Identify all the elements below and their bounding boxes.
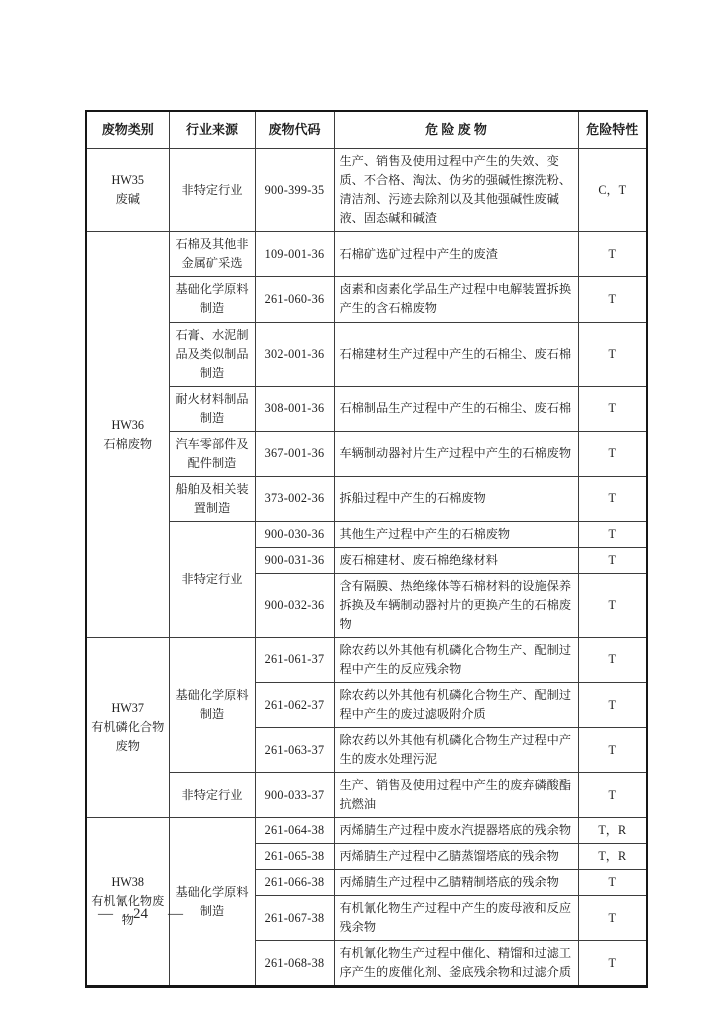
waste-code-cell: 900-030-36 [255, 521, 334, 547]
column-header-waste-category: 废物类别 [86, 111, 169, 149]
hazardous-waste-cell: 除农药以外其他有机磷化合物生产过程中产生的废水处理污泥 [334, 728, 578, 773]
waste-code-cell: 900-031-36 [255, 547, 334, 573]
hazard-trait-cell: T [578, 386, 647, 431]
hazard-trait-cell: T [578, 431, 647, 476]
industry-source-cell: 船舶及相关装置制造 [169, 476, 255, 521]
waste-code-cell: 900-033-37 [255, 773, 334, 818]
waste-category-cell: HW37 有机磷化合物废物 [86, 637, 169, 817]
hazardous-waste-cell: 含有隔膜、热绝缘体等石棉材料的设施保养拆换及车辆制动器衬片的更换产生的石棉废物 [334, 573, 578, 637]
waste-category-cell: HW36 石棉废物 [86, 232, 169, 638]
hazardous-waste-table: 废物类别 行业来源 废物代码 危 险 废 物 危险特性 HW35 废碱 非特定行… [85, 110, 648, 988]
waste-code-cell: 261-061-37 [255, 637, 334, 682]
industry-source-cell: 耐火材料制品制造 [169, 386, 255, 431]
hazardous-waste-cell: 丙烯腈生产过程中乙腈蒸馏塔底的残余物 [334, 844, 578, 870]
industry-source-cell: 汽车零部件及配件制造 [169, 431, 255, 476]
column-header-hazard-trait: 危险特性 [578, 111, 647, 149]
waste-code-cell: 261-060-36 [255, 277, 334, 322]
industry-source-cell: 非特定行业 [169, 149, 255, 232]
table-row: 基础化学原料制造 261-060-36 卤素和卤素化学品生产过程中电解装置拆换产… [86, 277, 647, 322]
hazard-trait-cell: T [578, 547, 647, 573]
hazard-trait-cell: T [578, 573, 647, 637]
hazardous-waste-cell: 有机氰化物生产过程中催化、精馏和过滤工序产生的废催化剂、釜底残余物和过滤介质 [334, 941, 578, 987]
hazardous-waste-cell: 丙烯腈生产过程中乙腈精制塔底的残余物 [334, 870, 578, 896]
hazard-trait-cell: T [578, 870, 647, 896]
hazardous-waste-cell: 石棉建材生产过程中产生的石棉尘、废石棉 [334, 322, 578, 386]
waste-code-cell: 900-032-36 [255, 573, 334, 637]
industry-source-cell: 基础化学原料制造 [169, 818, 255, 987]
waste-code-cell: 373-002-36 [255, 476, 334, 521]
waste-code-cell: 261-064-38 [255, 818, 334, 844]
page-number: 24 [133, 906, 148, 923]
hazardous-waste-cell: 丙烯腈生产过程中废水汽提器塔底的残余物 [334, 818, 578, 844]
waste-code-cell: 302-001-36 [255, 322, 334, 386]
table-row: 耐火材料制品制造 308-001-36 石棉制品生产过程中产生的石棉尘、废石棉 … [86, 386, 647, 431]
hazardous-waste-cell: 拆船过程中产生的石棉废物 [334, 476, 578, 521]
waste-category-cell: HW38 有机氰化物废物 [86, 818, 169, 987]
industry-source-cell: 石膏、水泥制品及类似制品制造 [169, 322, 255, 386]
table-row: 船舶及相关装置制造 373-002-36 拆船过程中产生的石棉废物 T [86, 476, 647, 521]
table-row: HW37 有机磷化合物废物 基础化学原料制造 261-061-37 除农药以外其… [86, 637, 647, 682]
hazardous-waste-cell: 车辆制动器衬片生产过程中产生的石棉废物 [334, 431, 578, 476]
hazard-trait-cell: T [578, 322, 647, 386]
hazardous-waste-cell: 废石棉建材、废石棉绝缘材料 [334, 547, 578, 573]
hazard-trait-cell: T [578, 476, 647, 521]
hazard-trait-cell: T [578, 896, 647, 941]
hazardous-waste-cell: 石棉制品生产过程中产生的石棉尘、废石棉 [334, 386, 578, 431]
hazardous-waste-cell: 其他生产过程中产生的石棉废物 [334, 521, 578, 547]
waste-code-cell: 367-001-36 [255, 431, 334, 476]
hazardous-waste-cell: 生产、销售及使用过程中产生的失效、变质、不合格、淘汰、伪劣的强碱性擦洗粉、清洁剂… [334, 149, 578, 232]
hazard-trait-cell: T [578, 637, 647, 682]
hazardous-waste-cell: 除农药以外其他有机磷化合物生产、配制过程中产生的反应残余物 [334, 637, 578, 682]
column-header-waste-code: 废物代码 [255, 111, 334, 149]
hazard-trait-cell: T [578, 232, 647, 277]
hazard-trait-cell: T [578, 728, 647, 773]
hazardous-waste-cell: 除农药以外其他有机磷化合物生产、配制过程中产生的废过滤吸附介质 [334, 683, 578, 728]
waste-code-cell: 261-062-37 [255, 683, 334, 728]
hazardous-waste-cell: 卤素和卤素化学品生产过程中电解装置拆换产生的含石棉废物 [334, 277, 578, 322]
waste-category-cell: HW35 废碱 [86, 149, 169, 232]
table-row: HW35 废碱 非特定行业 900-399-35 生产、销售及使用过程中产生的失… [86, 149, 647, 232]
table-row: 非特定行业 900-033-37 生产、销售及使用过程中产生的废弃磷酸酯抗燃油 … [86, 773, 647, 818]
column-header-industry-source: 行业来源 [169, 111, 255, 149]
waste-code-cell: 261-068-38 [255, 941, 334, 987]
category-code: HW35 [91, 171, 165, 190]
hazard-trait-cell: T [578, 277, 647, 322]
header-row: 废物类别 行业来源 废物代码 危 险 废 物 危险特性 [86, 111, 647, 149]
category-label: 有机磷化合物废物 [91, 718, 165, 756]
hazard-trait-cell: T，R [578, 844, 647, 870]
waste-code-cell: 900-399-35 [255, 149, 334, 232]
table-row: 非特定行业 900-030-36 其他生产过程中产生的石棉废物 T [86, 521, 647, 547]
hazard-trait-cell: T [578, 683, 647, 728]
footer-dash-left: — [98, 906, 113, 923]
table-row: 汽车零部件及配件制造 367-001-36 车辆制动器衬片生产过程中产生的石棉废… [86, 431, 647, 476]
category-code: HW37 [91, 699, 165, 718]
industry-source-cell: 石棉及其他非金属矿采选 [169, 232, 255, 277]
hazard-trait-cell: C，T [578, 149, 647, 232]
industry-source-cell: 基础化学原料制造 [169, 277, 255, 322]
waste-code-cell: 261-065-38 [255, 844, 334, 870]
waste-code-cell: 261-063-37 [255, 728, 334, 773]
category-code: HW36 [91, 416, 165, 435]
industry-source-cell: 非特定行业 [169, 521, 255, 637]
hazard-trait-cell: T [578, 773, 647, 818]
waste-code-cell: 261-067-38 [255, 896, 334, 941]
hazard-trait-cell: T，R [578, 818, 647, 844]
category-code: HW38 [91, 873, 165, 892]
page-footer: — 24 — [98, 906, 183, 923]
column-header-hazardous-waste: 危 险 废 物 [334, 111, 578, 149]
hazard-trait-cell: T [578, 941, 647, 987]
table-row: HW38 有机氰化物废物 基础化学原料制造 261-064-38 丙烯腈生产过程… [86, 818, 647, 844]
hazardous-waste-cell: 有机氰化物生产过程中产生的废母液和反应残余物 [334, 896, 578, 941]
waste-code-cell: 109-001-36 [255, 232, 334, 277]
industry-source-cell: 非特定行业 [169, 773, 255, 818]
industry-source-cell: 基础化学原料制造 [169, 637, 255, 772]
hazardous-waste-cell: 生产、销售及使用过程中产生的废弃磷酸酯抗燃油 [334, 773, 578, 818]
hazard-trait-cell: T [578, 521, 647, 547]
footer-dash-right: — [168, 906, 183, 923]
category-label: 石棉废物 [91, 435, 165, 454]
category-label: 废碱 [91, 190, 165, 209]
waste-code-cell: 261-066-38 [255, 870, 334, 896]
hazardous-waste-cell: 石棉矿选矿过程中产生的废渣 [334, 232, 578, 277]
waste-code-cell: 308-001-36 [255, 386, 334, 431]
table-row: 石膏、水泥制品及类似制品制造 302-001-36 石棉建材生产过程中产生的石棉… [86, 322, 647, 386]
table-row: HW36 石棉废物 石棉及其他非金属矿采选 109-001-36 石棉矿选矿过程… [86, 232, 647, 277]
